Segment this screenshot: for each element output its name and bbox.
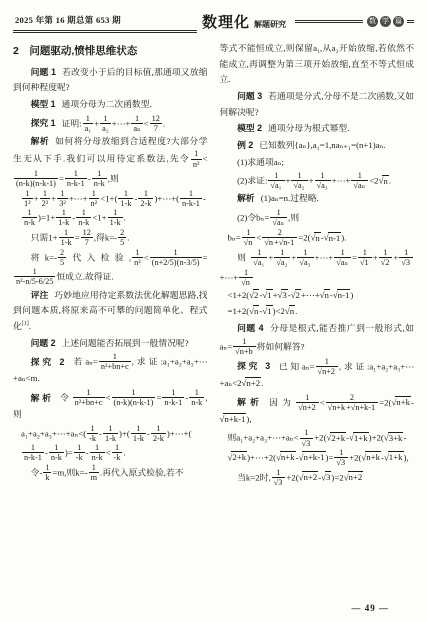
- right-column: 等式不能恒成立,则保留a₁,从a₂开始放缩,若依然不能成立,再调整为第三项开始放…: [220, 41, 415, 488]
- radical: √n+k: [276, 451, 296, 462]
- paragraph: 等式不能恒成立,则保留a₁,从a₂开始放缩,若依然不能成立,再调整为第三项开始放…: [220, 41, 415, 88]
- fraction: 1√a₂: [274, 248, 290, 267]
- radical: √aₙ: [353, 180, 366, 190]
- formula-line: 则a₁+a₂+a₃+⋯+aₙ<1√3+2(√2+k-√1+k)+2(√3+k-√…: [220, 428, 415, 466]
- radical: √2+k: [228, 451, 248, 462]
- radical: √n: [379, 175, 389, 186]
- radical: √n+2: [299, 471, 319, 482]
- fraction: 127: [81, 228, 93, 247]
- radical: √3+k: [384, 432, 404, 443]
- fraction: 1(n-k)(n-k-1): [14, 169, 58, 188]
- radical: √n+k: [328, 402, 346, 412]
- section-badge-icon: 数: [367, 16, 378, 27]
- fraction: 11-k: [118, 189, 133, 208]
- paragraph-label: 问题 2: [31, 338, 56, 348]
- radical: √3: [302, 438, 312, 448]
- fraction: 12-k: [151, 424, 166, 443]
- paragraph: 解析令1n²+bn+c<1(n-k)(n-k-1)=1n-k-1-1n-k,则: [13, 388, 208, 423]
- fraction: 12-k: [138, 189, 153, 208]
- header-rule: [295, 20, 363, 23]
- paragraph-label: 解析: [237, 397, 263, 407]
- section-badges: 数学篇: [367, 16, 404, 27]
- radical: √n: [264, 237, 274, 247]
- fraction: 1aₙ: [131, 114, 142, 133]
- section-heading: 2 问题驱动,愤悱思维状态: [13, 42, 208, 61]
- fraction: 11-k: [56, 208, 71, 227]
- radical: √n: [244, 237, 254, 247]
- paragraph: 模型 2通项分母为根式幂型.: [220, 121, 415, 137]
- paragraph-label: 模型 1: [31, 99, 56, 109]
- fraction: 13²: [57, 189, 68, 208]
- fraction: 1n²-n/5-6/25: [14, 267, 55, 286]
- radical: √n: [320, 289, 330, 300]
- fraction: 1√n+b: [233, 337, 255, 356]
- paragraph-label: 例 2: [237, 140, 253, 150]
- radical: √n: [311, 232, 321, 243]
- fraction: 1√a₁: [251, 248, 267, 267]
- radical: √1: [360, 257, 370, 267]
- paragraph: 例 2已知数列{aₙ},a₁=1,naₙ₊₁=(n+1)aₙ.: [220, 138, 415, 154]
- paragraph-label: 模型 2: [237, 123, 262, 133]
- radical: √n+b: [235, 346, 253, 356]
- formula-line: a₁+a₂+a₃+⋯+aₙ<(1-k-11-k)+(11-k-12-k)+⋯+(…: [13, 424, 208, 462]
- paragraph: 问题 1若改变小于后的目标值,那通项又放缩到何种程度呢?: [13, 65, 208, 96]
- radical: √2: [249, 289, 259, 300]
- formula-line: <1+2(√2-√1+√3-√2+⋯+√n-√n-1): [220, 288, 415, 304]
- radical: √n+k-1: [351, 402, 376, 412]
- paragraph: 模型 1通项分母为二次函数型.: [13, 97, 208, 113]
- issue-rule: 2025 年第 16 期总第 653 期: [13, 10, 197, 33]
- paragraph-label: 解析: [31, 393, 54, 403]
- paragraph: 解析(1)aₙ=n.过程略.: [220, 191, 415, 207]
- fraction: 1(n-k)(n-k-1): [112, 388, 156, 407]
- radical: √a₃: [299, 257, 311, 267]
- fraction: 1n-k: [49, 443, 64, 462]
- fraction: 1n-k: [22, 208, 37, 227]
- radical: √a₂: [293, 180, 305, 190]
- journal-page: 2025 年第 16 期总第 653 期 数理化 解题研究 数学篇 2 问题驱动…: [0, 0, 427, 622]
- fraction: 1n²+bn+c: [73, 388, 105, 407]
- fraction: 127: [150, 114, 162, 133]
- paragraph: 问题 3若通项是分式,分母不是二次函数,又如何解决呢?: [220, 89, 415, 120]
- radical: √aₙ: [336, 257, 349, 267]
- radical: √n+k: [361, 451, 381, 462]
- paragraph: 探究 3已知aₙ=1√n+2,求证:a₁+a₂+a₃+⋯+aₙ<2√n+2.: [220, 357, 415, 392]
- formula-line: bₙ=1√n<2√n+√n-1=2(√n-√n-1).: [220, 228, 415, 247]
- journal-subtitle: 解题研究: [254, 19, 286, 30]
- fraction: 1√3: [300, 428, 314, 447]
- fraction: 1√n: [239, 268, 253, 287]
- radical: √n-1: [279, 237, 296, 247]
- fraction: 12²: [40, 189, 51, 208]
- paragraph: 则1√a₁+1√a₂+1√a₃+⋯+1√aₙ=1√1+1√2+1√3+⋯+1√n: [220, 248, 415, 286]
- paragraph: (2)令bₙ=1√aₙ,则: [220, 208, 415, 227]
- left-column: 2 问题驱动,愤悱思维状态问题 1若改变小于后的目标值,那通项又放缩到何种程度呢…: [13, 41, 208, 488]
- journal-title: 数理化: [202, 11, 250, 32]
- fraction: 1a₂: [100, 114, 111, 133]
- radical: √n: [241, 277, 251, 287]
- radical: √n-1: [333, 289, 351, 300]
- fraction: 11²: [22, 189, 33, 208]
- fraction: 1√3: [399, 248, 413, 267]
- radical: √n+k: [391, 396, 411, 407]
- fraction: 1n²: [191, 149, 202, 168]
- paragraph: 当k=2时,1√3+2(√n+2-√3)=2√n+2: [220, 468, 415, 487]
- radical: √a₃: [317, 180, 329, 190]
- fraction: 1k: [43, 463, 51, 482]
- fraction: 11-k: [108, 208, 123, 227]
- paragraph: 评注巧妙地应用待定系数法优化解题思路,找到问题本质,将原来高不可攀的问题简单化、…: [13, 288, 208, 335]
- radical: √3: [336, 457, 346, 467]
- radical: √2+k: [327, 432, 347, 443]
- fraction: 1n²+bn+c: [99, 352, 131, 371]
- paragraph: 只需1+11-k=127,得k=-25.: [13, 228, 208, 247]
- radical: √3: [321, 471, 331, 482]
- radical: √n+2: [242, 377, 262, 388]
- radical: √n+k-1: [299, 451, 326, 462]
- radical: √2: [381, 257, 391, 267]
- fraction: 1n-k-1: [65, 169, 87, 188]
- radical: √n-1: [324, 232, 342, 243]
- paragraph-label: 问题 4: [237, 323, 263, 333]
- fraction: 1√aₙ: [351, 171, 368, 190]
- fraction: 1n-k-1: [22, 443, 44, 462]
- radical: √n: [249, 305, 259, 316]
- radical: √1+k: [384, 451, 404, 462]
- fraction: 1√3: [272, 468, 286, 487]
- fraction: 1n-k: [90, 443, 105, 462]
- section-badge-icon: 学: [380, 16, 391, 27]
- paragraph: (1)求通项aₙ;: [220, 155, 415, 171]
- issue-info: 2025 年第 16 期总第 653 期: [15, 15, 121, 25]
- formula-line: 11²+12²+13²+⋯+1n²<1+(11-k-12-k)+⋯+(1n-k-…: [13, 189, 208, 227]
- radical: √n+k-1: [220, 413, 247, 424]
- fraction: 1n-k-1: [180, 189, 202, 208]
- fraction: 11-k: [103, 424, 118, 443]
- paragraph-label: 解析: [237, 193, 255, 203]
- fraction: 1n-k: [92, 169, 107, 188]
- fraction: 1a₁: [83, 114, 94, 133]
- fraction: 1√2: [379, 248, 393, 267]
- fraction: 1(n+2/5)(n-3/5): [150, 248, 202, 267]
- radical: √1: [262, 305, 272, 316]
- radical: √a₁: [253, 257, 265, 267]
- fraction: 1√a₃: [315, 171, 331, 190]
- paragraph: 将k=-25代入检验,1n²<1(n+2/5)(n-3/5)=1n²-n/5-6…: [13, 248, 208, 286]
- radical: √n+2: [298, 402, 316, 412]
- paragraph: 问题 4分母是根式,能否推广到一般形式,如aₙ=1√n+b将如何解答?: [220, 321, 415, 356]
- header-rule-end: [407, 20, 414, 23]
- fraction: 1-k: [87, 424, 98, 443]
- fraction: 1n-k: [189, 388, 204, 407]
- fraction: 25: [118, 228, 126, 247]
- fraction: 2√n+k+√n+k-1: [326, 393, 379, 412]
- paragraph-label: 评注: [31, 290, 49, 300]
- article-body: 2 问题驱动,愤悱思维状态问题 1若改变小于后的目标值,那通项又放缩到何种程度呢…: [0, 33, 427, 488]
- fraction: 1n²: [89, 189, 100, 208]
- fraction: 1√n+2: [296, 393, 318, 412]
- radical: √3: [274, 477, 284, 487]
- fraction: 1√a₁: [268, 171, 284, 190]
- radical: √1+k: [349, 432, 369, 443]
- fraction: 1√n+2: [316, 357, 338, 376]
- fraction: 1-k: [74, 443, 85, 462]
- paragraph-label: 探究 2: [31, 357, 65, 367]
- radical: √n: [285, 305, 295, 316]
- fraction: 1√aₙ: [334, 248, 351, 267]
- fraction: 1n-k-1: [162, 388, 184, 407]
- radical: √n+2: [318, 366, 336, 376]
- paragraph: 探究 2若aₙ=1n²+bn+c,求证:a₁+a₂+a₃+⋯+aₙ<m.: [13, 352, 208, 387]
- radical: √aₙ: [272, 217, 285, 227]
- journal-title-block: 数理化 解题研究: [202, 11, 286, 32]
- fraction: 1n-k: [76, 208, 91, 227]
- paragraph-label: 探究 3: [237, 361, 270, 371]
- paragraph: 解析因为1√n+2<2√n+k+√n+k-1=2(√n+k-√n+k-1),: [220, 393, 415, 428]
- fraction: 1√aₙ: [270, 208, 287, 227]
- fraction: 11-k: [59, 228, 74, 247]
- paragraph-label: 问题 1: [31, 67, 56, 77]
- page-header: 2025 年第 16 期总第 653 期 数理化 解题研究 数学篇: [0, 0, 427, 33]
- section-badge-icon: 篇: [393, 16, 404, 27]
- paragraph: 问题 2上述问题能否拓展到一般情况呢?: [13, 336, 208, 352]
- fraction: 1√3: [334, 448, 348, 467]
- radical: √n+2: [344, 471, 364, 482]
- fraction: 1√a₂: [291, 171, 307, 190]
- fraction: 11-k: [131, 424, 146, 443]
- paragraph: 探究 1证明:1a₁+1a₂+⋯+1aₙ<127.: [13, 114, 208, 133]
- reference-marker: [1]: [22, 321, 29, 327]
- fraction: 1√a₃: [297, 248, 313, 267]
- radical: √a₁: [270, 180, 282, 190]
- fraction: 1√1: [358, 248, 372, 267]
- radical: √3: [278, 289, 288, 300]
- fraction: 1n²: [132, 248, 143, 267]
- paragraph-label: 探究 1: [31, 118, 56, 128]
- fraction: 1m: [89, 463, 99, 482]
- paragraph: 令-1k=m,则k=-1m.再代入原式检验,若不: [13, 463, 208, 482]
- fraction: 1-k: [112, 443, 123, 462]
- fraction: 2√n+√n-1: [262, 228, 297, 247]
- fraction: 1√n: [242, 228, 256, 247]
- fraction: 25: [58, 248, 66, 267]
- paragraph: (2)求证:1√a₁+1√a₂+1√a₃+⋯+1√aₙ<2√n.: [220, 171, 415, 190]
- paragraph-label: 问题 3: [237, 91, 262, 101]
- radical: √2: [291, 289, 301, 300]
- formula-line: =1+2(√n-√1)<2√n.: [220, 304, 415, 320]
- page-number: — 49 —: [352, 603, 390, 613]
- radical: √a₂: [276, 257, 288, 267]
- paragraph: 解析如何将分母放缩到合适程度?大部分学生无从下手.我们可以用待定系数法,先令1n…: [13, 134, 208, 188]
- radical: √3: [401, 257, 411, 267]
- radical: √1: [262, 289, 272, 300]
- paragraph-label: 解析: [31, 136, 50, 146]
